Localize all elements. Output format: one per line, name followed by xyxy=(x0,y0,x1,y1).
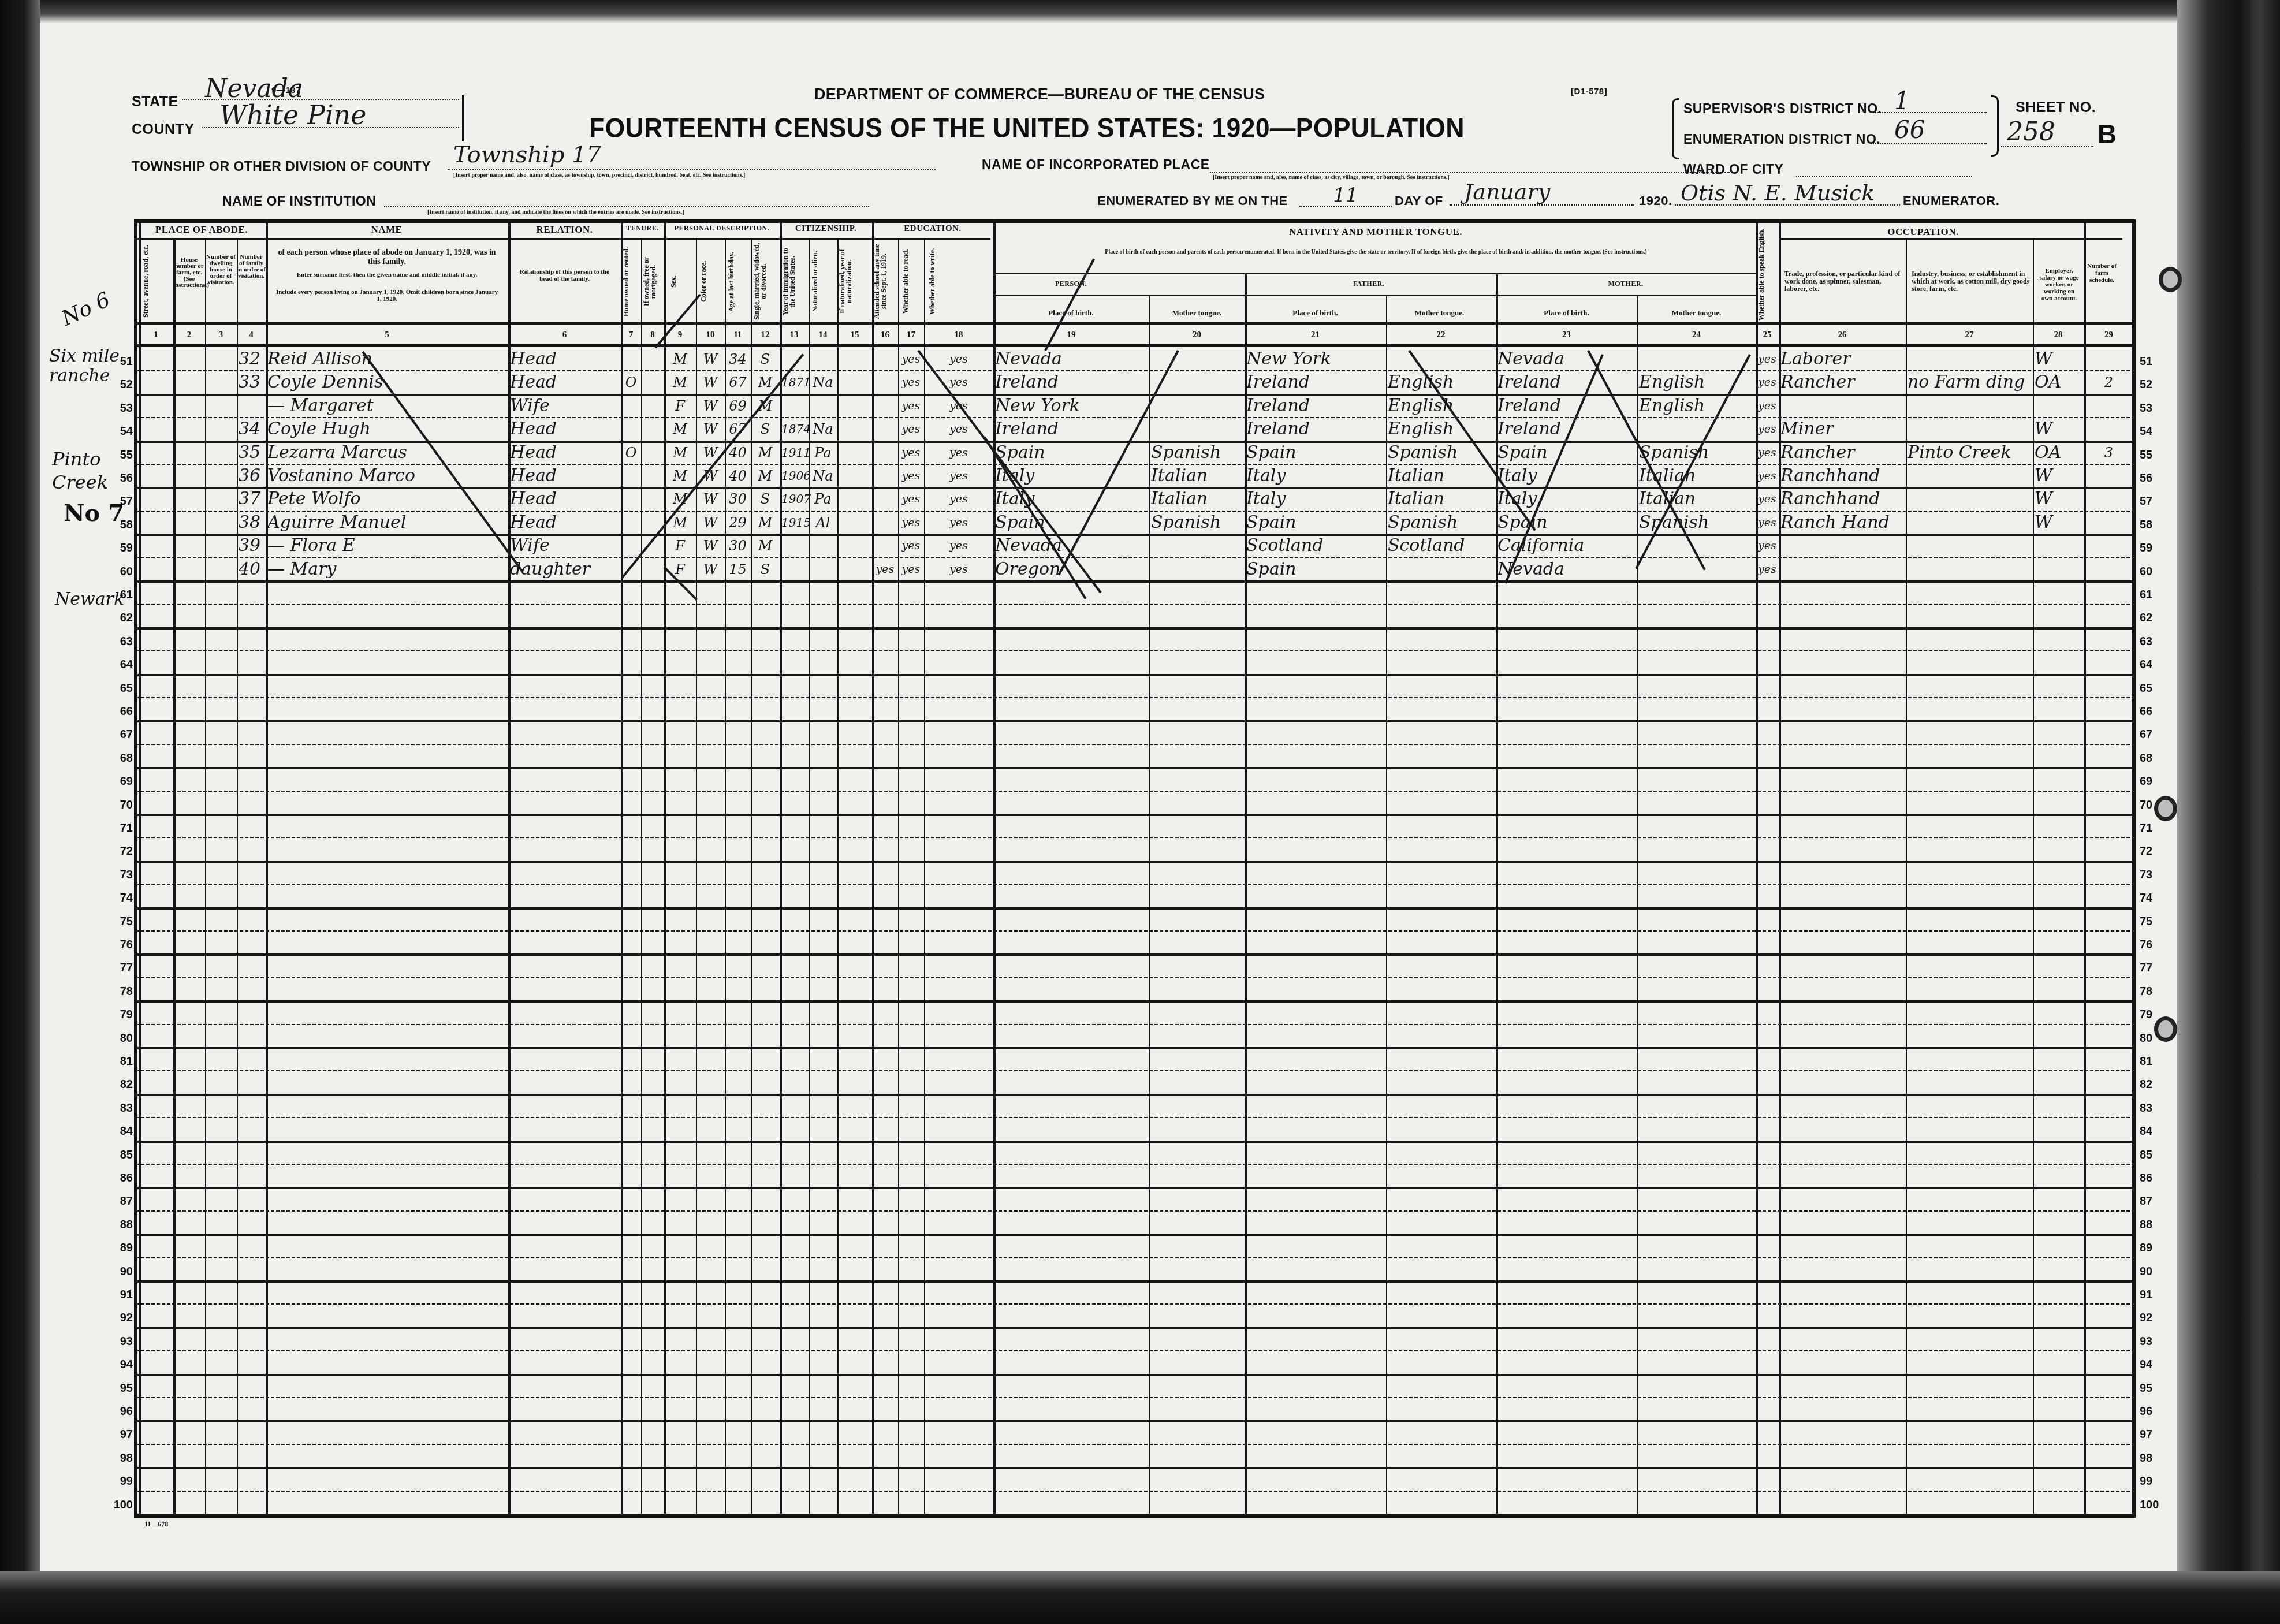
cell-relation[interactable]: daughter xyxy=(510,558,619,580)
cell-employer[interactable]: W xyxy=(2035,465,2082,487)
cell-home[interactable]: O xyxy=(623,442,639,464)
group-place-of-abode: PLACE OF ABODE. xyxy=(139,224,264,236)
cell-birth[interactable]: Ireland xyxy=(995,418,1148,440)
col-10-header: Color or race. xyxy=(700,243,720,321)
cell-employer[interactable]: OA xyxy=(2035,371,2082,393)
line-number-right: 99 xyxy=(2140,1475,2166,1488)
column-rule xyxy=(139,219,141,1516)
column-number: 28 xyxy=(2033,330,2084,340)
incorporated-place-hint: [Insert proper name and, also, name of c… xyxy=(1213,174,1450,181)
cell-name[interactable]: Coyle Dennis xyxy=(267,371,506,393)
cell-age[interactable]: 30 xyxy=(727,488,749,510)
line-number-right: 95 xyxy=(2140,1382,2166,1395)
line-number-right: 81 xyxy=(2140,1055,2166,1068)
cell-sex[interactable]: M xyxy=(666,371,694,393)
line-number-right: 86 xyxy=(2140,1172,2166,1185)
line-number-left: 74 xyxy=(107,892,133,905)
cell-color[interactable]: W xyxy=(698,558,723,580)
line-number-right: 96 xyxy=(2140,1405,2166,1418)
column-rule xyxy=(1779,219,1781,1516)
cell-color[interactable]: W xyxy=(698,348,723,370)
col-3-header: Number of dwelling house in order of vis… xyxy=(205,254,237,286)
line-number-left: 59 xyxy=(107,542,133,555)
line-number-left: 60 xyxy=(107,565,133,579)
margin-note-no7: No 7 xyxy=(64,500,124,527)
enumerated-day-field[interactable]: 11 xyxy=(1299,184,1392,207)
row-rule xyxy=(136,1280,2134,1283)
cell-age[interactable]: 69 xyxy=(727,395,749,417)
column-rule xyxy=(2033,238,2034,1516)
cell-father-birth[interactable]: Ireland xyxy=(1246,418,1384,440)
cell-age[interactable]: 67 xyxy=(727,418,749,440)
line-number-right: 71 xyxy=(2140,822,2166,835)
cell-naturalized[interactable]: Pa xyxy=(810,442,836,464)
cell-birth[interactable]: Nevada xyxy=(995,348,1148,370)
line-number-left: 68 xyxy=(107,752,133,765)
line-number-left: 99 xyxy=(107,1475,133,1488)
cell-trade[interactable]: Ranchhand xyxy=(1780,488,1904,510)
incorporated-place-label: NAME OF INCORPORATED PLACE xyxy=(982,157,1210,173)
line-number-right: 51 xyxy=(2140,355,2166,368)
column-number: 19 xyxy=(993,330,1149,340)
cell-write[interactable]: yes xyxy=(926,535,992,557)
line-number-right: 94 xyxy=(2140,1358,2166,1372)
line-number-right: 90 xyxy=(2140,1265,2166,1279)
row-rule xyxy=(136,627,2134,630)
col-17-header: Whether able to read. xyxy=(902,243,923,321)
cell-employer[interactable]: W xyxy=(2035,348,2082,370)
column-number: 11 xyxy=(725,330,751,340)
cell-age[interactable]: 40 xyxy=(727,465,749,487)
cell-father-birth[interactable]: Italy xyxy=(1246,465,1384,487)
cell-sex[interactable]: M xyxy=(666,418,694,440)
line-number-left: 81 xyxy=(107,1055,133,1068)
row-rule xyxy=(136,1117,2134,1118)
col-16-header: Attended school any time since Sept. 1, … xyxy=(873,243,897,321)
cell-father-birth[interactable]: Spain xyxy=(1246,442,1384,464)
cell-sex[interactable]: M xyxy=(666,348,694,370)
cell-mother-birth[interactable]: Spain xyxy=(1497,442,1636,464)
cell-family[interactable]: 40 xyxy=(239,558,264,580)
district-bracket xyxy=(1991,95,1999,157)
cell-industry[interactable]: Pinto Creek xyxy=(1908,442,2031,464)
scan-edge-bottom xyxy=(0,1571,2280,1624)
cell-name[interactable]: Reid Allison xyxy=(267,348,506,370)
row-rule xyxy=(136,884,2134,885)
cell-industry[interactable]: no Farm ding xyxy=(1908,371,2031,393)
group-person: PERSON. xyxy=(994,280,1148,288)
cell-farm[interactable]: 2 xyxy=(2085,371,2132,393)
cell-english[interactable]: yes xyxy=(1757,512,1777,534)
binder-hole-icon xyxy=(2159,267,2182,292)
column-rule xyxy=(641,238,642,1516)
col-25-header: Whether able to speak English. xyxy=(1758,228,1778,321)
cell-write[interactable]: yes xyxy=(926,512,992,534)
cell-color[interactable]: W xyxy=(698,395,723,417)
cell-age[interactable]: 15 xyxy=(727,558,749,580)
cell-english[interactable]: yes xyxy=(1757,395,1777,417)
column-number: 2 xyxy=(173,330,205,340)
cell-mother-tongue[interactable]: English xyxy=(1639,371,1754,393)
row-rule xyxy=(136,1141,2134,1143)
cell-name[interactable]: — Flora E xyxy=(267,535,506,557)
cell-family[interactable]: 37 xyxy=(239,488,264,510)
cell-farm[interactable]: 3 xyxy=(2085,442,2132,464)
cell-relation[interactable]: Head xyxy=(510,348,619,370)
row-rule xyxy=(136,1491,2134,1492)
ward-field[interactable] xyxy=(1796,174,1972,177)
cell-immigration[interactable]: 1915 xyxy=(781,512,807,534)
cell-english[interactable]: yes xyxy=(1757,488,1777,510)
line-number-left: 67 xyxy=(107,728,133,742)
cell-name[interactable]: — Margaret xyxy=(267,395,506,417)
cell-immigration[interactable]: 1907 xyxy=(781,488,807,510)
cell-employer[interactable]: W xyxy=(2035,488,2082,510)
cell-color[interactable]: W xyxy=(698,488,723,510)
cell-school[interactable]: yes xyxy=(874,558,896,580)
cell-family[interactable]: 33 xyxy=(239,371,264,393)
cell-employer[interactable]: OA xyxy=(2035,442,2082,464)
cell-family[interactable]: 38 xyxy=(239,512,264,534)
cell-marital[interactable]: S xyxy=(752,488,778,510)
col-28-header: Employer, salary or wage worker, or work… xyxy=(2037,267,2081,302)
supervisor-district-field[interactable]: 1 xyxy=(1871,87,1987,113)
line-number-right: 65 xyxy=(2140,682,2166,695)
line-number-left: 93 xyxy=(107,1335,133,1349)
line-number-right: 100 xyxy=(2140,1499,2166,1512)
enumeration-district-field[interactable]: 66 xyxy=(1871,116,1987,144)
column-rule xyxy=(1637,295,1638,1516)
column-rule xyxy=(1906,238,1907,1516)
cell-color[interactable]: W xyxy=(698,512,723,534)
line-number-right: 61 xyxy=(2140,588,2166,602)
cell-relation[interactable]: Wife xyxy=(510,395,619,417)
department-heading: DEPARTMENT OF COMMERCE—BUREAU OF THE CEN… xyxy=(814,85,1265,103)
cell-trade[interactable]: Laborer xyxy=(1780,348,1904,370)
row-rule xyxy=(136,674,2134,676)
row-rule xyxy=(136,604,2134,605)
cell-mother-birth[interactable]: Nevada xyxy=(1497,348,1636,370)
column-number: 29 xyxy=(2084,330,2134,340)
supervisor-district-label: SUPERVISOR'S DISTRICT NO. xyxy=(1683,101,1882,117)
cell-trade[interactable]: Miner xyxy=(1780,418,1904,440)
cell-tongue[interactable]: Spanish xyxy=(1151,512,1243,534)
row-rule xyxy=(136,580,2134,583)
column-number: 5 xyxy=(266,330,508,340)
cell-sex[interactable]: M xyxy=(666,465,694,487)
col-5-header: of each person whose place of abode on J… xyxy=(271,248,502,267)
cell-age[interactable]: 29 xyxy=(727,512,749,534)
cell-sex[interactable]: M xyxy=(666,442,694,464)
line-number-left: 94 xyxy=(107,1358,133,1372)
cell-relation[interactable]: Head xyxy=(510,512,619,534)
incorporated-place-field[interactable] xyxy=(1210,170,1730,173)
row-rule xyxy=(136,650,2134,651)
cell-read[interactable]: yes xyxy=(900,371,922,393)
county-field[interactable]: White Pine xyxy=(202,99,459,128)
column-number: 12 xyxy=(751,330,780,340)
cell-tongue[interactable]: Spanish xyxy=(1151,442,1243,464)
line-number-right: 79 xyxy=(2140,1008,2166,1022)
line-number-left: 72 xyxy=(107,845,133,858)
line-number-left: 62 xyxy=(107,612,133,625)
column-number: 6 xyxy=(508,330,621,340)
line-number-left: 97 xyxy=(107,1428,133,1442)
cell-naturalized[interactable]: Na xyxy=(810,371,836,393)
column-rule xyxy=(1149,295,1150,1516)
cell-mother-birth[interactable]: Italy xyxy=(1497,465,1636,487)
cell-marital[interactable]: M xyxy=(752,442,778,464)
row-rule xyxy=(136,1303,2134,1305)
col-4-header: Number of family in order of visitation. xyxy=(237,254,266,280)
column-rule xyxy=(173,238,176,1516)
line-number-left: 80 xyxy=(107,1032,133,1045)
township-field[interactable]: Township 17 xyxy=(448,141,936,170)
cell-age[interactable]: 34 xyxy=(727,348,749,370)
cell-naturalized[interactable]: Na xyxy=(810,418,836,440)
group-father: FATHER. xyxy=(1245,280,1493,288)
cell-name[interactable]: Vostanino Marco xyxy=(267,465,506,487)
cell-relation[interactable]: Wife xyxy=(510,535,619,557)
row-rule xyxy=(136,697,2134,698)
cell-marital[interactable]: S xyxy=(752,348,778,370)
cell-relation[interactable]: Head xyxy=(510,465,619,487)
cell-marital[interactable]: M xyxy=(752,465,778,487)
group-education: EDUCATION. xyxy=(872,224,993,234)
col-26-header: Trade, profession, or particular kind of… xyxy=(1784,270,1903,293)
line-number-right: 82 xyxy=(2140,1078,2166,1092)
cell-read[interactable]: yes xyxy=(900,535,922,557)
cell-family[interactable]: 39 xyxy=(239,535,264,557)
cell-read[interactable]: yes xyxy=(900,465,922,487)
row-rule xyxy=(136,1444,2134,1445)
line-number-left: 71 xyxy=(107,822,133,835)
column-number: 13 xyxy=(780,330,809,340)
cell-relation[interactable]: Head xyxy=(510,442,619,464)
cell-father-birth[interactable]: Ireland xyxy=(1246,371,1384,393)
cell-father-birth[interactable]: Ireland xyxy=(1246,395,1384,417)
cell-tongue[interactable]: Italian xyxy=(1151,465,1243,487)
cell-home[interactable]: O xyxy=(623,371,639,393)
enumerated-year: 1920. xyxy=(1639,193,1672,208)
row-rule xyxy=(136,1374,2134,1376)
row-rule xyxy=(136,861,2134,863)
col-11-header: Age at last birthday. xyxy=(728,243,748,321)
cell-name[interactable]: Aguirre Manuel xyxy=(267,512,506,534)
cell-family[interactable]: 36 xyxy=(239,465,264,487)
cell-father-tongue[interactable]: Italian xyxy=(1388,488,1494,510)
column-number: 7 xyxy=(621,330,641,340)
row-rule xyxy=(136,1094,2134,1096)
cell-trade[interactable]: Ranch Hand xyxy=(1780,512,1904,534)
cell-age[interactable]: 30 xyxy=(727,535,749,557)
col-5-instructions: Enter surname first, then the given name… xyxy=(274,271,500,278)
cell-read[interactable]: yes xyxy=(900,395,922,417)
cell-read[interactable]: yes xyxy=(900,442,922,464)
cell-mother-birth[interactable]: Ireland xyxy=(1497,371,1636,393)
line-number-left: 53 xyxy=(107,402,133,415)
row-rule xyxy=(136,1070,2134,1071)
row-rule xyxy=(136,930,2134,932)
cell-mother-birth[interactable]: Spain xyxy=(1497,512,1636,534)
line-number-left: 91 xyxy=(107,1288,133,1302)
cell-father-birth[interactable]: Scotland xyxy=(1246,535,1384,557)
cell-relation[interactable]: Head xyxy=(510,418,619,440)
cell-relation[interactable]: Head xyxy=(510,488,619,510)
line-number-right: 83 xyxy=(2140,1102,2166,1115)
cell-naturalized[interactable]: Al xyxy=(810,512,836,534)
cell-family[interactable]: 34 xyxy=(239,418,264,440)
margin-note-pinto: Pinto Creek xyxy=(52,448,133,494)
cell-relation[interactable]: Head xyxy=(510,371,619,393)
col-2-header: House number or farm, etc. (See instruct… xyxy=(173,257,205,289)
col-8-header: If owned, free or mortgaged. xyxy=(643,243,662,321)
line-number-left: 82 xyxy=(107,1078,133,1092)
cell-sex[interactable]: F xyxy=(666,535,694,557)
cell-father-tongue[interactable]: Scotland xyxy=(1388,535,1494,557)
enumerator-name-field[interactable]: Otis N. E. Musick xyxy=(1675,180,1900,206)
column-rule xyxy=(2134,219,2135,1516)
cell-father-birth[interactable]: Italy xyxy=(1246,488,1384,510)
cell-father-tongue[interactable]: Italian xyxy=(1388,465,1494,487)
cell-english[interactable]: yes xyxy=(1757,558,1777,580)
cell-employer[interactable]: W xyxy=(2035,512,2082,534)
state-field[interactable]: Nevada xyxy=(182,74,459,100)
row-rule xyxy=(136,977,2134,978)
cell-english[interactable]: yes xyxy=(1757,442,1777,464)
line-number-left: 77 xyxy=(107,962,133,975)
line-number-left: 76 xyxy=(107,938,133,952)
cell-write[interactable]: yes xyxy=(926,488,992,510)
cell-marital[interactable]: S xyxy=(752,418,778,440)
cell-immigration[interactable]: 1906 xyxy=(781,465,807,487)
col-29-header: Number of farm schedule. xyxy=(2086,263,2118,284)
line-number-right: 80 xyxy=(2140,1032,2166,1045)
column-rule xyxy=(205,238,206,1516)
cell-sex[interactable]: F xyxy=(666,395,694,417)
cell-color[interactable]: W xyxy=(698,418,723,440)
cell-family[interactable]: 32 xyxy=(239,348,264,370)
cell-english[interactable]: yes xyxy=(1757,348,1777,370)
institution-field[interactable] xyxy=(384,205,869,207)
cell-father-tongue[interactable]: English xyxy=(1388,371,1494,393)
cell-write[interactable]: yes xyxy=(926,442,992,464)
cell-mother-birth[interactable]: Nevada xyxy=(1497,558,1636,580)
cell-read[interactable]: yes xyxy=(900,418,922,440)
column-rule xyxy=(751,238,752,1516)
line-number-left: 84 xyxy=(107,1125,133,1138)
cell-birth[interactable]: New York xyxy=(995,395,1148,417)
cell-english[interactable]: yes xyxy=(1757,535,1777,557)
cell-family[interactable]: 35 xyxy=(239,442,264,464)
cell-sex[interactable]: M xyxy=(666,512,694,534)
line-number-right: 60 xyxy=(2140,565,2166,579)
line-number-right: 74 xyxy=(2140,892,2166,905)
column-number: 26 xyxy=(1779,330,1906,340)
cell-father-tongue[interactable]: Spanish xyxy=(1388,442,1494,464)
cell-father-tongue[interactable]: Spanish xyxy=(1388,512,1494,534)
line-number-right: 54 xyxy=(2140,425,2166,438)
cell-immigration[interactable]: 1874 xyxy=(781,418,807,440)
cell-name[interactable]: Coyle Hugh xyxy=(267,418,506,440)
group-tenure: TENURE. xyxy=(621,224,664,233)
cell-birth[interactable]: Ireland xyxy=(995,371,1148,393)
col-15-header: If naturalized, year of naturalization. xyxy=(839,243,863,321)
cell-birth[interactable]: Spain xyxy=(995,512,1148,534)
line-number-left: 100 xyxy=(107,1499,133,1512)
cell-marital[interactable]: S xyxy=(752,558,778,580)
cell-english[interactable]: yes xyxy=(1757,465,1777,487)
row-rule xyxy=(136,1514,2134,1516)
cell-write[interactable]: yes xyxy=(926,348,992,370)
column-number: 15 xyxy=(837,330,872,340)
cell-read[interactable]: yes xyxy=(900,512,922,534)
cell-father-birth[interactable]: Spain xyxy=(1246,512,1384,534)
col-12-header: Single, married, widowed, or divorced. xyxy=(753,243,777,321)
cell-immigration[interactable]: 1911 xyxy=(781,442,807,464)
line-number-left: 64 xyxy=(107,658,133,672)
state-label: STATE xyxy=(132,94,178,110)
cell-trade[interactable]: Rancher xyxy=(1780,371,1904,393)
cell-naturalized[interactable]: Pa xyxy=(810,488,836,510)
cell-trade[interactable]: Rancher xyxy=(1780,442,1904,464)
cell-father-birth[interactable]: Spain xyxy=(1246,558,1384,580)
line-number-right: 58 xyxy=(2140,519,2166,532)
cell-father-birth[interactable]: New York xyxy=(1246,348,1384,370)
sheet-number-field[interactable]: 258 xyxy=(2001,117,2093,147)
col-19-header: Place of birth. xyxy=(994,309,1148,317)
cell-mother-tongue[interactable]: Italian xyxy=(1639,488,1754,510)
row-rule xyxy=(136,1420,2134,1422)
cell-marital[interactable]: M xyxy=(752,512,778,534)
cell-name[interactable]: — Mary xyxy=(267,558,506,580)
line-number-right: 87 xyxy=(2140,1195,2166,1208)
row-rule xyxy=(136,1234,2134,1236)
rule xyxy=(136,238,990,240)
cell-english[interactable]: yes xyxy=(1757,371,1777,393)
cell-write[interactable]: yes xyxy=(926,465,992,487)
cell-color[interactable]: W xyxy=(698,371,723,393)
row-rule xyxy=(136,1467,2134,1469)
cell-english[interactable]: yes xyxy=(1757,418,1777,440)
column-rule xyxy=(621,219,623,1516)
sheet-label: SHEET NO. xyxy=(2016,99,2096,116)
cell-name[interactable]: Lezarra Marcus xyxy=(267,442,506,464)
cell-employer[interactable]: W xyxy=(2035,418,2082,440)
cell-write[interactable]: yes xyxy=(926,558,992,580)
cell-naturalized[interactable]: Na xyxy=(810,465,836,487)
cell-trade[interactable]: Ranchhand xyxy=(1780,465,1904,487)
cell-age[interactable]: 67 xyxy=(727,371,749,393)
cell-mother-tongue[interactable]: English xyxy=(1639,395,1754,417)
cell-color[interactable]: W xyxy=(698,535,723,557)
cell-read[interactable]: yes xyxy=(900,488,922,510)
cell-marital[interactable]: M xyxy=(752,535,778,557)
cell-read[interactable]: yes xyxy=(900,558,922,580)
col-20-header: Mother tongue. xyxy=(1149,309,1245,317)
cell-color[interactable]: W xyxy=(698,442,723,464)
line-number-left: 90 xyxy=(107,1265,133,1279)
row-rule xyxy=(136,814,2134,816)
township-hint: [Insert proper name and, also, name of c… xyxy=(453,172,745,178)
group-name: NAME xyxy=(267,224,506,236)
column-number: 3 xyxy=(205,330,237,340)
cell-father-tongue[interactable]: English xyxy=(1388,418,1494,440)
enumerated-month-field[interactable]: January xyxy=(1450,179,1634,206)
cell-tongue[interactable]: Italian xyxy=(1151,488,1243,510)
line-number-right: 91 xyxy=(2140,1288,2166,1302)
cell-sex[interactable]: F xyxy=(666,558,694,580)
